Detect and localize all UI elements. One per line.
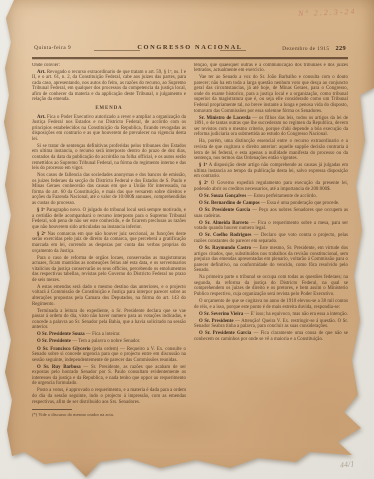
- header-rule-segment: [94, 50, 140, 51]
- scanned-page: Nº 2.2.3-24 Quinta-feira 9 CONGRESSO NAC…: [0, 0, 374, 479]
- paragraph: O Sr. Presidente Souza — Fica a inteirar…: [32, 332, 186, 338]
- paragraph: Nos casos de fallencia das sociedades an…: [32, 173, 186, 206]
- paragraph: EMENDA: [32, 106, 186, 112]
- paragraph: § 2º Nas comarcas em que não houver juiz…: [32, 232, 186, 254]
- paragraph-lead: O Sr. Presidente Garcia: [199, 331, 251, 336]
- paragraph: Sr. Ministro de Lacerda — os filhos das …: [194, 116, 348, 138]
- paragraph-text: A estas emendas será dado o mesmo destin…: [32, 285, 186, 307]
- text-columns: Onde convier:Art. Revogado o recurso ext…: [32, 63, 348, 419]
- left-column: Onde convier:Art. Revogado o recurso ext…: [32, 63, 186, 419]
- paragraph: Art. Revogado o recurso extraordinario d…: [32, 70, 186, 103]
- paragraph-lead: § 1º: [37, 208, 45, 213]
- paragraph-text: O Governo expedirá regulamento para exec…: [194, 181, 348, 192]
- paragraph: Onde convier:: [32, 63, 186, 69]
- paragraph: O Sr. Presidente — Attenção! Queira V. E…: [194, 319, 348, 330]
- handwritten-catalog-number: Nº 2.2.3-24: [297, 7, 356, 18]
- paragraph: (*) Vide o discurso do mesmo orador na a…: [32, 412, 186, 417]
- paragraph-lead: Sr. Ministro de Lacerda: [199, 116, 251, 121]
- paragraph-text: O orçamento de que se cogitava no anno d…: [194, 299, 348, 310]
- paragraph: O Sr. Presidente — Tem a palavra o nobre…: [32, 339, 186, 345]
- paragraph: § 1º A disposição deste artigo não compr…: [194, 163, 348, 180]
- paragraph-lead: O Sr. Francisco Glycerio: [37, 347, 91, 352]
- paragraph-lead: O Sr. Coelho Rodrigues: [199, 233, 251, 238]
- paragraph-text: — E' isso; ha equivoco, mas não era essa…: [243, 312, 348, 317]
- paragraph: Art. Fica o Poder Executivo autorizado a…: [32, 115, 186, 143]
- paragraph: A estas emendas será dado o mesmo destin…: [32, 285, 186, 307]
- paragraph-text: — Fica a inteirar.: [85, 332, 121, 337]
- paragraph-lead: Art.: [37, 70, 46, 75]
- paragraph-lead: O Sr. Bernardino de Campos: [199, 201, 260, 206]
- paragraph-lead: O Sr. Souza Gonçalves: [199, 194, 246, 199]
- paragraph: O orçamento de que se cogitava no anno d…: [194, 299, 348, 310]
- paragraph-text: Si se tratar de sentenças definitivas pr…: [32, 144, 186, 171]
- page-content: Quinta-feira 9 CONGRESSO NACIONAL Dezemb…: [32, 44, 348, 479]
- paragraph-lead: O Sr. Presidente Souza: [37, 332, 85, 337]
- paragraph: Vae ter ao Senado a voz do Sr. João Barb…: [194, 75, 348, 114]
- paragraph-text: (*) Vide o discurso do mesmo orador na a…: [32, 412, 114, 417]
- paragraph: Ha, porém, uma distincção essencial entr…: [194, 139, 348, 161]
- header-rule: [32, 57, 348, 59]
- header-weekday: Quinta-feira 9: [34, 45, 71, 51]
- paragraph-text: Onde convier:: [32, 63, 60, 68]
- paragraph-lead: Art.: [37, 115, 46, 120]
- header-title: CONGRESSO NACIONAL: [137, 44, 242, 51]
- paragraph: O Sr. Coelho Rodrigues — Declaro que vot…: [194, 233, 348, 244]
- paragraph-text: tenção, que quaesquer outras e a communi…: [194, 63, 348, 74]
- paragraph-text: Revogado o recurso extraordinario de que…: [32, 70, 186, 103]
- paragraph-text: Fica o Poder Executivo autorizado a reve…: [32, 115, 186, 142]
- page-header: Quinta-feira 9 CONGRESSO NACIONAL Dezemb…: [32, 44, 348, 55]
- paragraph: tenção, que quaesquer outras e a communi…: [194, 63, 348, 74]
- paragraph: O Sr. Raymundo Castro — Este mesmo, Sr. …: [194, 246, 348, 274]
- paragraph: Para o caso de reforma de orgãos locaes,…: [32, 256, 186, 284]
- paragraph-text: Na primeira parte o tribunal se occupa c…: [194, 275, 348, 297]
- paragraph-text: A disposição deste artigo não comprehend…: [194, 163, 348, 179]
- paragraph: O Sr. Francisco Glycerio (pela ordem) — …: [32, 347, 186, 364]
- paragraph-lead: § 2º: [199, 181, 208, 186]
- paragraph: Posto a votos, é approvado o requeriment…: [32, 388, 186, 405]
- paragraph-text: — Tem a palavra o nobre Senador.: [71, 339, 140, 344]
- paragraph: Si se tratar de sentenças definitivas pr…: [32, 144, 186, 172]
- right-column: tenção, que quaesquer outras e a communi…: [194, 63, 348, 419]
- paragraph-lead: O Sr. Almeida Barreto: [199, 221, 249, 226]
- paragraph-lead: § 2º: [37, 232, 46, 237]
- paragraph: [32, 409, 72, 410]
- paragraph-lead: O Sr. Presidente: [37, 339, 71, 344]
- paragraph: § 1º Paragrapho novo. O julgado do tribu…: [32, 208, 186, 230]
- paragraph-text: — Essa é uma ponderação que procede.: [260, 201, 340, 206]
- paragraph-text: Ha, porém, uma distincção essencial entr…: [194, 139, 348, 161]
- paragraph: O Sr. Souza Gonçalves — Estou perfeitame…: [194, 194, 348, 200]
- paragraph-text: EMENDA: [95, 106, 122, 111]
- paragraph: O Sr. Almeida Barreto — Fica o requerime…: [194, 221, 348, 232]
- paragraph-lead: O Sr. Severino Vieira: [199, 312, 243, 317]
- paragraph-text: Nos casos de fallencia das sociedades an…: [32, 173, 186, 206]
- paragraph-text: Para o caso de reforma de orgãos locaes,…: [32, 256, 186, 283]
- paragraph: § 2º O Governo expedirá regulamento para…: [194, 181, 348, 192]
- paragraph: O Sr. Bernardino de Campos — Essa é uma …: [194, 201, 348, 207]
- paragraph-text: Nas comarcas em que não houver juiz secc…: [32, 232, 186, 254]
- paragraph: Na primeira parte o tribunal se occupa c…: [194, 275, 348, 297]
- paragraph-lead: O Sr. Ruy Barbosa: [37, 365, 81, 370]
- handwritten-page-mark: 44/1: [339, 459, 354, 469]
- paragraph-lead: O Sr. Presidente: [199, 319, 234, 324]
- page-number: 229: [336, 45, 347, 52]
- paper-sheet: Nº 2.2.3-24 Quinta-feira 9 CONGRESSO NAC…: [0, 0, 374, 479]
- paragraph-text: Paragrapho novo. O julgado do tribunal l…: [32, 208, 186, 230]
- paper-wrap: Nº 2.2.3-24 Quinta-feira 9 CONGRESSO NAC…: [0, 0, 374, 479]
- paragraph: O Sr. Severino Vieira — E' isso; ha equi…: [194, 312, 348, 318]
- paragraph-lead: O Sr. Raymundo Castro: [199, 246, 251, 251]
- paragraph: Terminada a leitura do expediente, o Sr.…: [32, 309, 186, 331]
- header-date: Dezembro de 1915: [282, 46, 329, 52]
- paragraph-text: Vae ter ao Senado a voz do Sr. João Barb…: [194, 75, 348, 113]
- paragraph-text: Terminada a leitura do expediente, o Sr.…: [32, 309, 186, 331]
- paragraph-text: Posto a votos, é approvado o requeriment…: [32, 388, 186, 404]
- paragraph: O Sr. Presidente Garcia — Peço aos nobre…: [194, 208, 348, 219]
- paragraph-text: — Estou perfeitamente de accôrdo.: [246, 194, 317, 199]
- paragraph-lead: O Sr. Presidente Garcia: [199, 208, 250, 213]
- header-date-group: Dezembro de 1915229: [282, 45, 346, 52]
- paragraph: O Sr. Ruy Barbosa — Sr. Presidente, as r…: [32, 365, 186, 387]
- paragraph: O Sr. Presidente Garcia — Fica clarament…: [194, 331, 348, 342]
